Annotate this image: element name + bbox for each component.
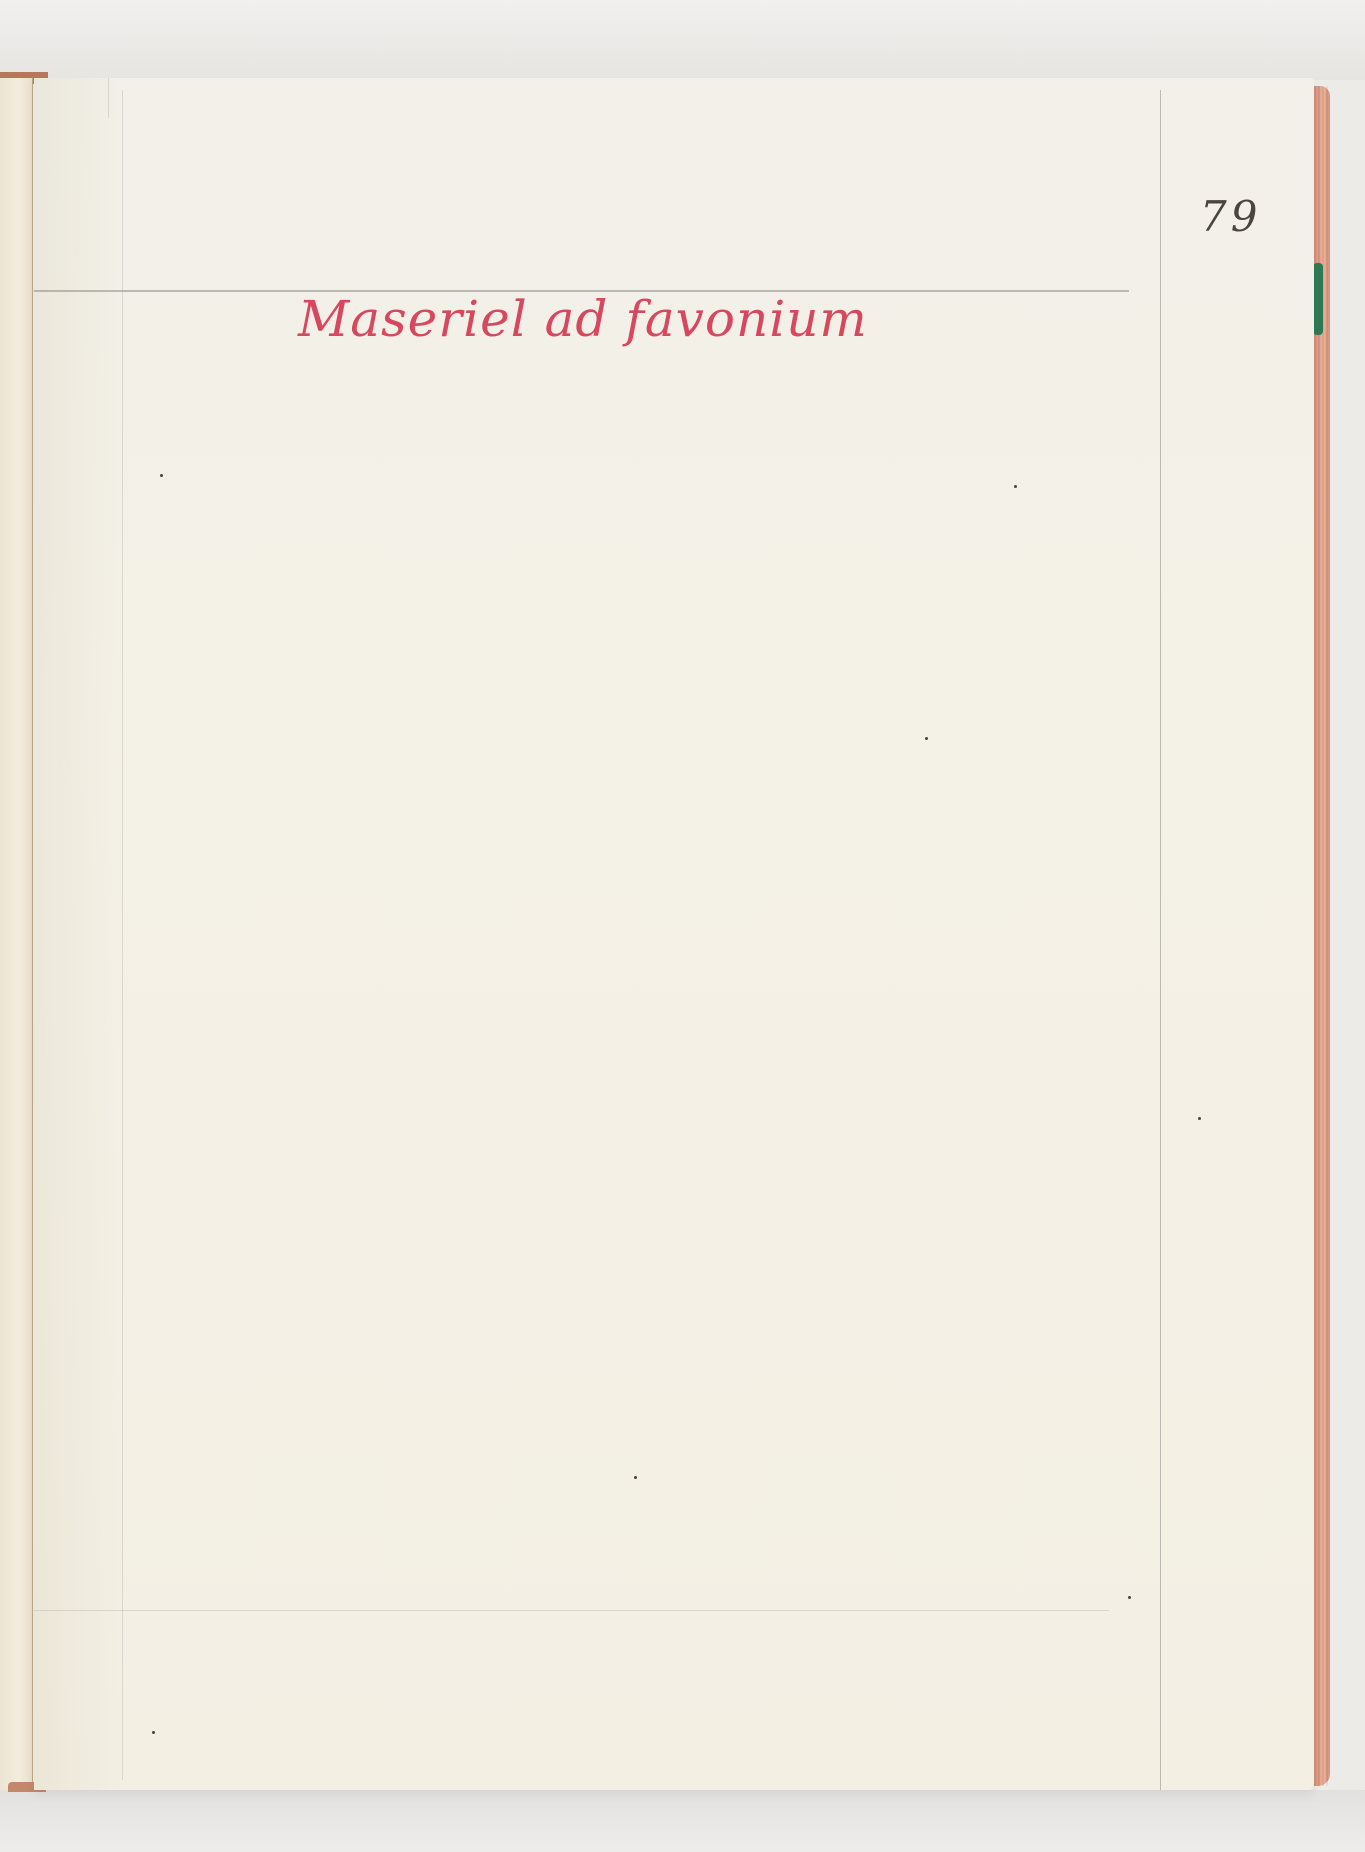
left-margin-line [122,90,123,1780]
ink-speck [634,1476,637,1479]
green-tab-marker [1313,263,1323,335]
scan-background-bottom [0,1790,1365,1852]
folio-number: 79 [1200,192,1261,241]
bottom-rule-line [34,1610,1109,1611]
ink-speck [1198,1117,1201,1120]
gutter-shadow [34,78,124,1790]
ink-speck [1128,1596,1131,1599]
inner-margin-line [108,78,109,118]
ink-speck [160,474,163,477]
scan-background-top [0,0,1365,80]
ink-speck [152,1731,155,1734]
right-margin-line [1160,90,1161,1790]
ink-speck [925,737,928,740]
left-page-sliver [0,78,33,1790]
page-heading: Maseriel ad favonium [298,290,868,348]
ink-speck [1014,485,1017,488]
